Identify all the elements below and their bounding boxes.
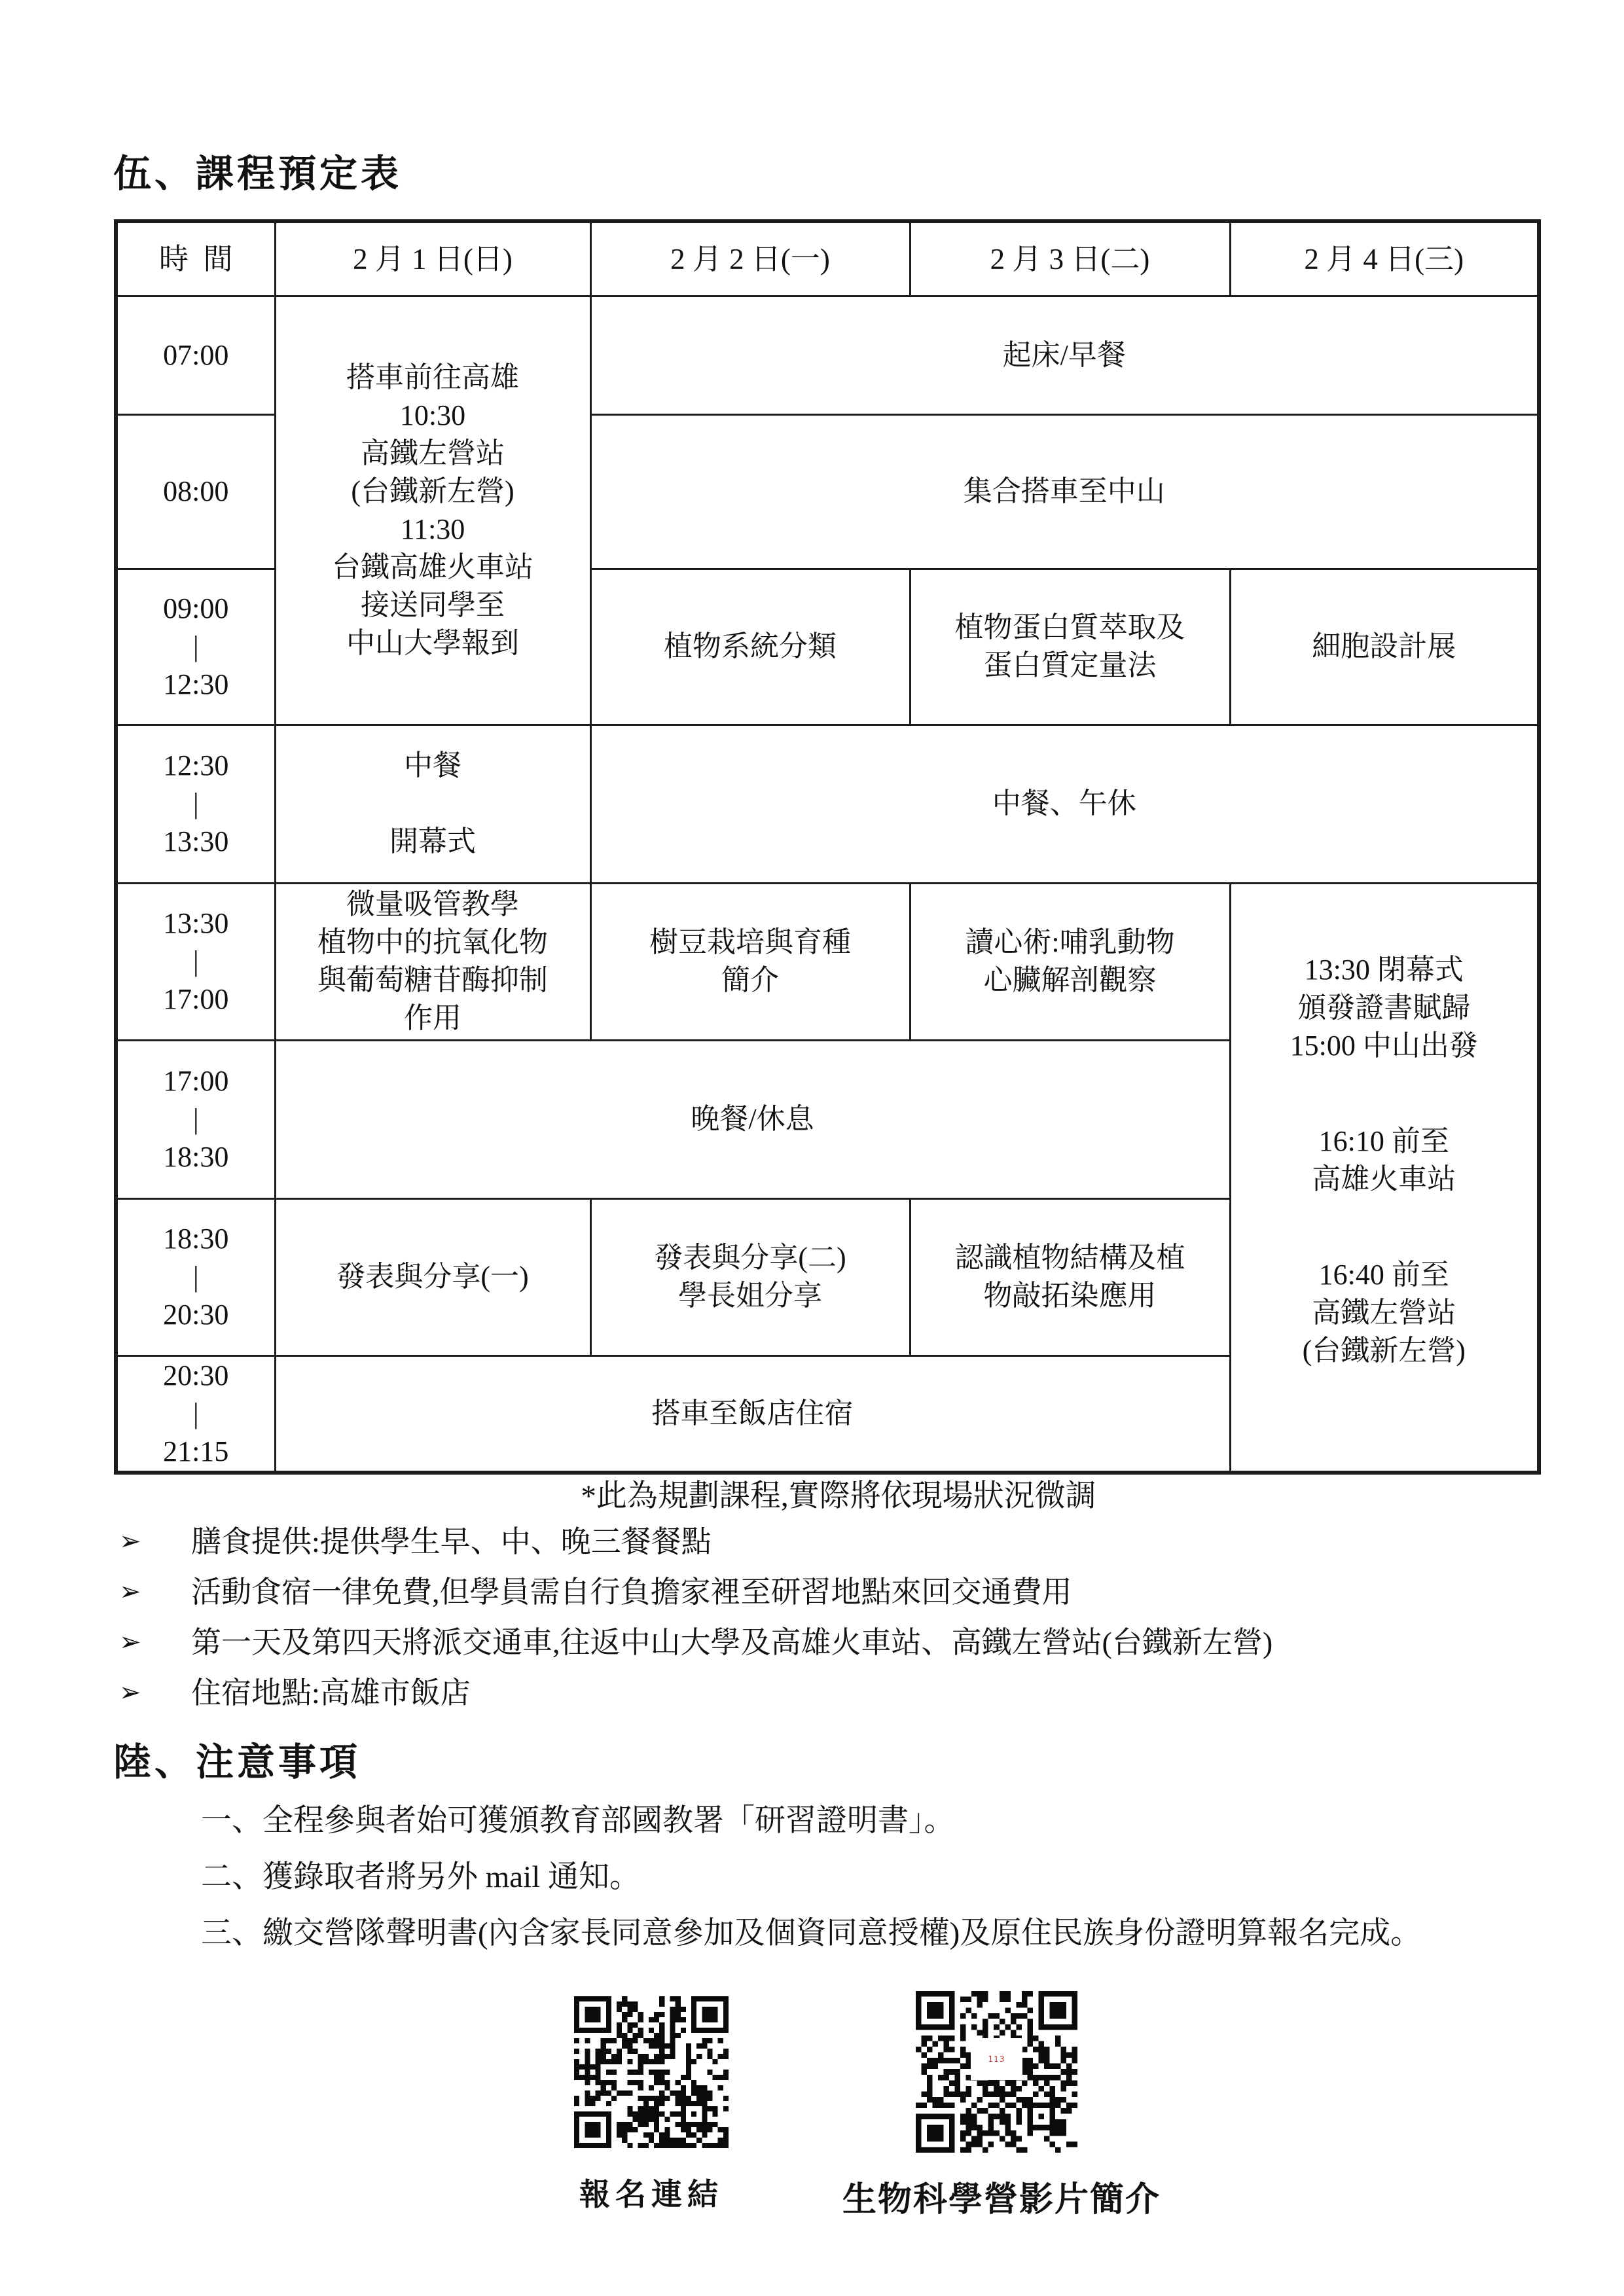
list-item: ➢ 住宿地點:高雄市飯店 — [119, 1674, 1272, 1724]
time-1330-1700: 13:30 | 17:00 — [116, 883, 275, 1040]
notice-item: 三、繳交營隊聲明書(內含家長同意參加及個資同意授權)及原住民族身份證明算報名完成… — [201, 1912, 1421, 1969]
section6-heading: 陸、注意事項 — [113, 1731, 361, 1786]
section5-heading: 伍、課程預定表 — [113, 143, 402, 198]
cell-protein-extraction: 植物蛋白質萃取及 蛋白質定量法 — [910, 569, 1230, 725]
qr-center-window: 113 — [971, 2038, 1022, 2080]
cell-lunch-break: 中餐、午休 — [590, 725, 1539, 883]
cell-dinner-rest: 晚餐/休息 — [275, 1040, 1230, 1198]
day4-hsr-block: 16:40 前至 高鐵左營站 (台鐵新左營) — [1303, 1256, 1466, 1370]
day4-train-block: 16:10 前至 高雄火車站 — [1312, 1122, 1456, 1198]
col-header-time: 時間 — [116, 221, 275, 296]
table-row: 13:30 | 17:00 微量吸管教學 植物中的抗氧化物 與葡萄糖苷酶抑制 作… — [116, 883, 1539, 1040]
registration-qr-label: 報名連結 — [548, 2170, 755, 2214]
arrow-bullet-icon: ➢ — [119, 1522, 161, 1560]
table-footnote: *此為規劃課程,實際將依現場狀況微調 — [114, 1471, 1537, 1515]
cell-pigeon-pea: 樹豆栽培與育種 簡介 — [590, 883, 910, 1040]
cell-plant-taxonomy: 植物系統分類 — [590, 569, 910, 725]
info-bullet-list: ➢ 膳食提供:提供學生早、中、晚三餐餐點 ➢ 活動食宿一律免費,但學員需自行負擔… — [119, 1522, 1272, 1724]
time-0800: 08:00 — [116, 414, 275, 569]
time-2030-2115: 20:30 | 21:15 — [116, 1355, 275, 1473]
bullet-text: 第一天及第四天將派交通車,往返中山大學及高雄火車站、高鐵左營站(台鐵新左營) — [191, 1623, 1272, 1662]
col-header-day2: 2 月 2 日(一) — [590, 221, 910, 296]
time-0700: 07:00 — [116, 296, 275, 414]
bullet-text: 住宿地點:高雄市飯店 — [191, 1674, 471, 1713]
cell-bus-hotel: 搭車至飯店住宿 — [275, 1355, 1230, 1473]
table-row: 07:00 搭車前往高雄 10:30 高鐵左營站 (台鐵新左營) 11:30 台… — [116, 296, 1539, 414]
scanned-document-page: 伍、課程預定表 時間 2 月 1 日(日) 2 月 2 日(一) 2 月 3 日… — [0, 0, 1624, 2296]
registration-qr-code — [574, 1996, 729, 2148]
time-0900-1230: 09:00 | 12:30 — [116, 569, 275, 725]
time-1700-1830: 17:00 | 18:30 — [116, 1040, 275, 1198]
list-item: ➢ 膳食提供:提供學生早、中、晚三餐餐點 — [119, 1522, 1272, 1573]
cell-assemble-bus: 集合搭車至中山 — [590, 414, 1539, 569]
list-item: ➢ 第一天及第四天將派交通車,往返中山大學及高雄火車站、高鐵左營站(台鐵新左營) — [119, 1623, 1272, 1674]
course-schedule-table: 時間 2 月 1 日(日) 2 月 2 日(一) 2 月 3 日(二) 2 月 … — [114, 219, 1541, 1475]
list-item: ➢ 活動食宿一律免費,但學員需自行負擔家裡至研習地點來回交通費用 — [119, 1573, 1272, 1623]
table-row: 12:30 | 13:30 中餐 開幕式 中餐、午休 — [116, 725, 1539, 883]
qr-center-red-text: 113 — [988, 2054, 1005, 2064]
notice-list: 一、全程參與者始可獲頒教育部國教署「研習證明書」。 二、獲錄取者將另外 mail… — [201, 1800, 1421, 1969]
notice-item: 一、全程參與者始可獲頒教育部國教署「研習證明書」。 — [201, 1800, 1421, 1856]
cell-heart-dissection: 讀心術:哺乳動物 心臟解剖觀察 — [910, 883, 1230, 1040]
bullet-text: 膳食提供:提供學生早、中、晚三餐餐點 — [191, 1522, 712, 1562]
header-row: 時間 2 月 1 日(日) 2 月 2 日(一) 2 月 3 日(二) 2 月 … — [116, 221, 1539, 296]
arrow-bullet-icon: ➢ — [119, 1573, 161, 1611]
col-header-day3: 2 月 3 日(二) — [910, 221, 1230, 296]
video-intro-qr-code: 113 — [916, 1991, 1077, 2153]
cell-micropipette: 微量吸管教學 植物中的抗氧化物 與葡萄糖苷酶抑制 作用 — [275, 883, 590, 1040]
time-1230-1330: 12:30 | 13:30 — [116, 725, 275, 883]
arrow-bullet-icon: ➢ — [119, 1623, 161, 1661]
bullet-text: 活動食宿一律免費,但學員需自行負擔家裡至研習地點來回交通費用 — [191, 1573, 1072, 1612]
video-intro-qr-label: 生物科學營影片簡介 — [831, 2172, 1172, 2221]
cell-wake-breakfast: 起床/早餐 — [590, 296, 1539, 414]
cell-plant-structure: 認識植物結構及植 物敲拓染應用 — [910, 1198, 1230, 1355]
col-header-day4: 2 月 4 日(三) — [1230, 221, 1539, 296]
cell-day1-pickup: 搭車前往高雄 10:30 高鐵左營站 (台鐵新左營) 11:30 台鐵高雄火車站… — [275, 296, 590, 725]
cell-day4-departure: 13:30 閉幕式 頒發證書賦歸 15:00 中山出發 16:10 前至 高雄火… — [1230, 883, 1539, 1473]
cell-presentation2: 發表與分享(二) 學長姐分享 — [590, 1198, 910, 1355]
time-1830-2030: 18:30 | 20:30 — [116, 1198, 275, 1355]
col-header-day1: 2 月 1 日(日) — [275, 221, 590, 296]
day4-departure-blocks: 13:30 閉幕式 頒發證書賦歸 15:00 中山出發 16:10 前至 高雄火… — [1231, 922, 1538, 1370]
notice-item: 二、獲錄取者將另外 mail 通知。 — [201, 1856, 1421, 1912]
cell-cell-design-expo: 細胞設計展 — [1230, 569, 1539, 725]
qr-code-image — [574, 1996, 729, 2148]
arrow-bullet-icon: ➢ — [119, 1674, 161, 1712]
day4-closing-block: 13:30 閉幕式 頒發證書賦歸 15:00 中山出發 — [1290, 951, 1478, 1065]
cell-lunch-opening: 中餐 開幕式 — [275, 725, 590, 883]
cell-presentation1: 發表與分享(一) — [275, 1198, 590, 1355]
